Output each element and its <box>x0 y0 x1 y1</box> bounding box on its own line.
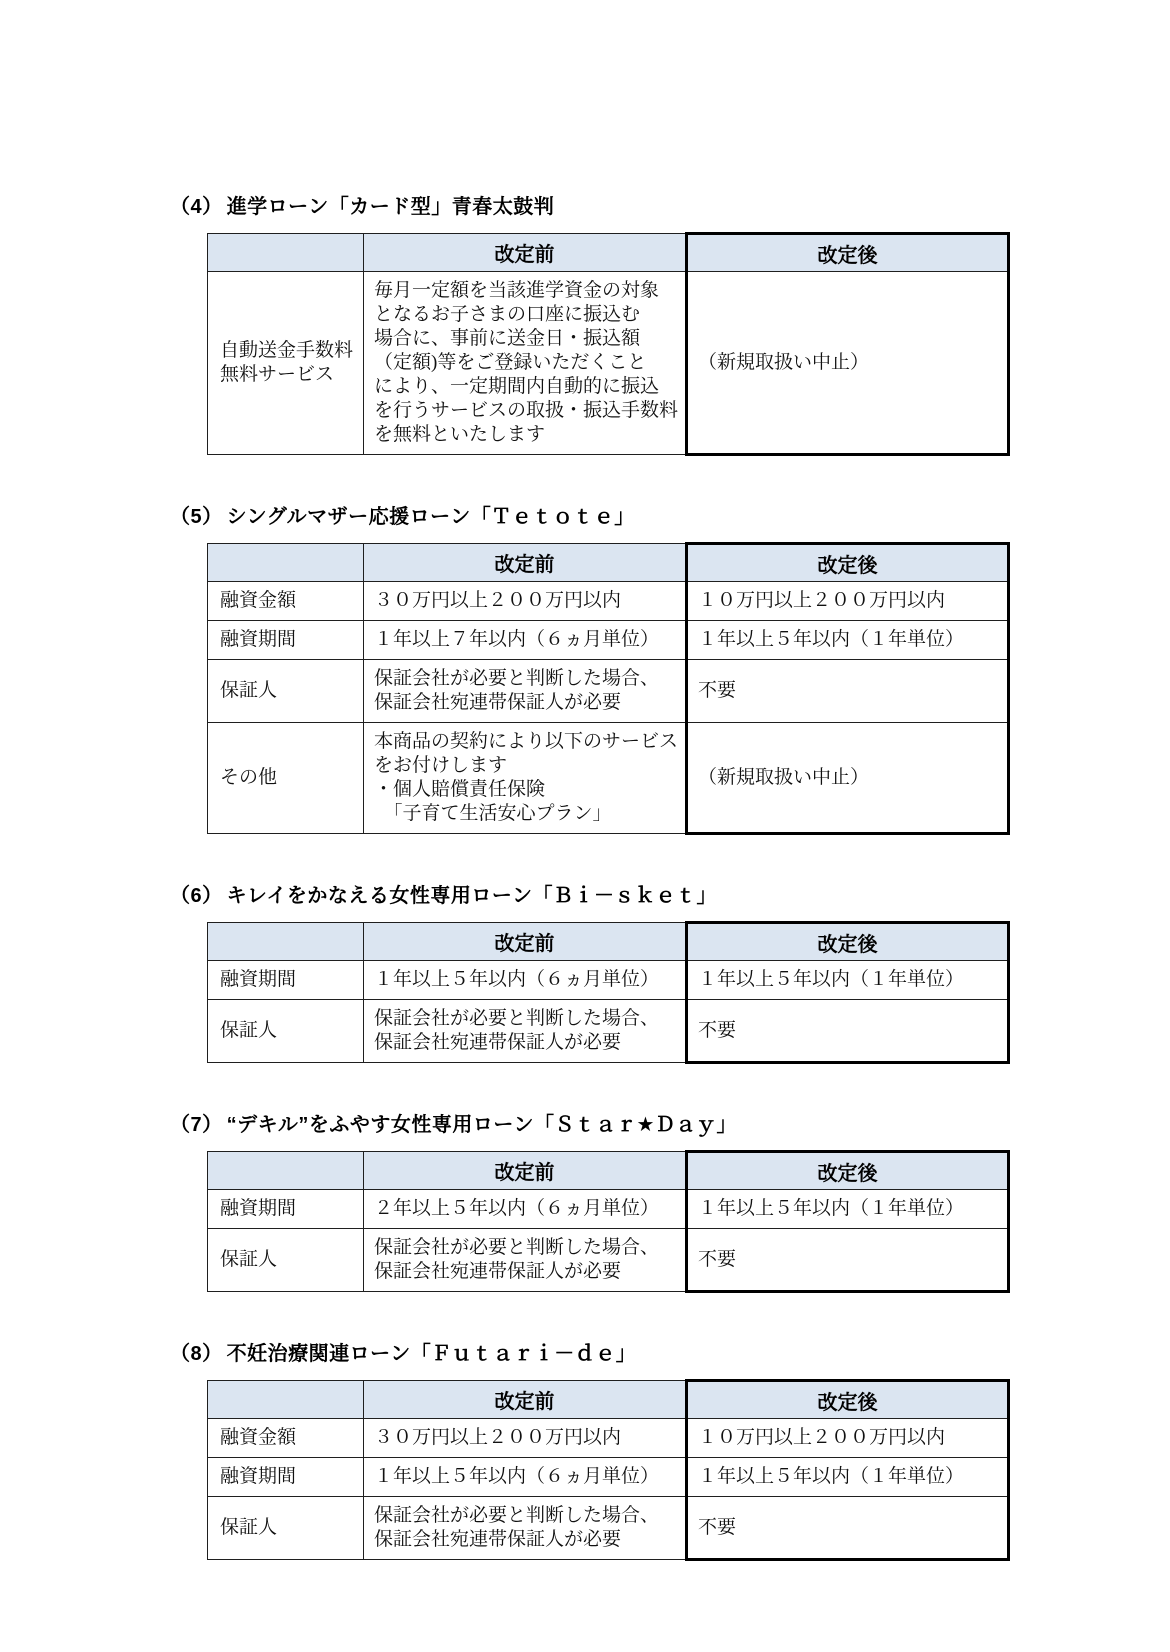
revision-table: 改定前 改定後 融資期間 １年以上５年以内（６ヵ月単位） １年以上５年以内（１年… <box>207 921 1010 1064</box>
section-label: シングルマザー応援ローン「Ｔｅｔｏｔｅ」 <box>227 506 635 528</box>
before-cell: 保証会社が必要と判断した場合、 保証会社宛連帯保証人が必要 <box>364 1229 687 1292</box>
before-cell: 保証会社が必要と判断した場合、 保証会社宛連帯保証人が必要 <box>364 660 687 723</box>
header-item-cell <box>208 1152 364 1190</box>
section-title: （4）進学ローン「カード型」青春太鼓判 <box>170 190 1170 219</box>
table-header-row: 改定前 改定後 <box>208 544 1009 582</box>
after-cell: １年以上５年以内（１年単位） <box>687 1190 1009 1229</box>
before-cell: ３０万円以上２００万円以内 <box>364 582 687 621</box>
row-label-cell: 融資金額 <box>208 582 364 621</box>
table-row: 保証人 保証会社が必要と判断した場合、 保証会社宛連帯保証人が必要 不要 <box>208 1497 1009 1560</box>
row-label-cell: 融資期間 <box>208 1190 364 1229</box>
section-number: （5） <box>170 506 223 528</box>
loan-section: （6）キレイをかなえる女性専用ローン「Ｂｉ－ｓｋｅｔ」 改定前 改定後 融資期間… <box>170 879 1170 1064</box>
row-label-cell: 保証人 <box>208 1497 364 1560</box>
section-label: キレイをかなえる女性専用ローン「Ｂｉ－ｓｋｅｔ」 <box>227 885 717 907</box>
loan-section: （4）進学ローン「カード型」青春太鼓判 改定前 改定後 自動送金手数料 無料サー… <box>170 190 1170 456</box>
before-cell: 保証会社が必要と判断した場合、 保証会社宛連帯保証人が必要 <box>364 1497 687 1560</box>
section-number: （6） <box>170 885 223 907</box>
section-title: （6）キレイをかなえる女性専用ローン「Ｂｉ－ｓｋｅｔ」 <box>170 879 1170 908</box>
after-cell: １年以上５年以内（１年単位） <box>687 621 1009 660</box>
header-item-cell <box>208 1381 364 1419</box>
revision-table: 改定前 改定後 自動送金手数料 無料サービス 毎月一定額を当該進学資金の対象 と… <box>207 232 1010 456</box>
after-cell: １０万円以上２００万円以内 <box>687 1419 1009 1458</box>
before-cell: １年以上７年以内（６ヵ月単位） <box>364 621 687 660</box>
header-before-cell: 改定前 <box>364 544 687 582</box>
after-cell: （新規取扱い中止） <box>687 272 1009 455</box>
header-before-cell: 改定前 <box>364 1381 687 1419</box>
before-cell: １年以上５年以内（６ヵ月単位） <box>364 1458 687 1497</box>
header-after-cell: 改定後 <box>687 544 1009 582</box>
row-label-cell: 融資期間 <box>208 1458 364 1497</box>
table-row: 自動送金手数料 無料サービス 毎月一定額を当該進学資金の対象 となるお子さまの口… <box>208 272 1009 455</box>
table-row: 融資期間 １年以上５年以内（６ヵ月単位） １年以上５年以内（１年単位） <box>208 1458 1009 1497</box>
table-row: 保証人 保証会社が必要と判断した場合、 保証会社宛連帯保証人が必要 不要 <box>208 660 1009 723</box>
table-header-row: 改定前 改定後 <box>208 1152 1009 1190</box>
section-label: 進学ローン「カード型」青春太鼓判 <box>227 196 555 218</box>
header-before-cell: 改定前 <box>364 923 687 961</box>
row-label-cell: 融資金額 <box>208 1419 364 1458</box>
header-after-cell: 改定後 <box>687 1381 1009 1419</box>
table-body: 自動送金手数料 無料サービス 毎月一定額を当該進学資金の対象 となるお子さまの口… <box>208 272 1009 455</box>
document-page: （4）進学ローン「カード型」青春太鼓判 改定前 改定後 自動送金手数料 無料サー… <box>0 0 1170 1652</box>
header-item-cell <box>208 544 364 582</box>
header-item-cell <box>208 923 364 961</box>
table-row: 融資金額 ３０万円以上２００万円以内 １０万円以上２００万円以内 <box>208 582 1009 621</box>
row-label-cell: 融資期間 <box>208 961 364 1000</box>
header-before-cell: 改定前 <box>364 1152 687 1190</box>
after-cell: 不要 <box>687 1497 1009 1560</box>
table-row: 保証人 保証会社が必要と判断した場合、 保証会社宛連帯保証人が必要 不要 <box>208 1229 1009 1292</box>
section-title: （5）シングルマザー応援ローン「Ｔｅｔｏｔｅ」 <box>170 500 1170 529</box>
header-before-cell: 改定前 <box>364 234 687 272</box>
header-item-cell <box>208 234 364 272</box>
table-row: 融資期間 ２年以上５年以内（６ヵ月単位） １年以上５年以内（１年単位） <box>208 1190 1009 1229</box>
section-number: （8） <box>170 1343 223 1365</box>
row-label-cell: 保証人 <box>208 1000 364 1063</box>
before-cell: 毎月一定額を当該進学資金の対象 となるお子さまの口座に振込む 場合に、事前に送金… <box>364 272 687 455</box>
table-header-row: 改定前 改定後 <box>208 1381 1009 1419</box>
sections-container: （4）進学ローン「カード型」青春太鼓判 改定前 改定後 自動送金手数料 無料サー… <box>170 190 1170 1561</box>
header-after-cell: 改定後 <box>687 234 1009 272</box>
row-label-cell: 保証人 <box>208 660 364 723</box>
after-cell: １年以上５年以内（１年単位） <box>687 961 1009 1000</box>
section-label: “デキル”をふやす女性専用ローン「Ｓｔａｒ★Ｄａｙ」 <box>227 1114 737 1136</box>
section-number: （7） <box>170 1114 223 1136</box>
before-cell: ２年以上５年以内（６ヵ月単位） <box>364 1190 687 1229</box>
loan-section: （7）“デキル”をふやす女性専用ローン「Ｓｔａｒ★Ｄａｙ」 改定前 改定後 融資… <box>170 1108 1170 1293</box>
loan-section: （5）シングルマザー応援ローン「Ｔｅｔｏｔｅ」 改定前 改定後 融資金額 ３０万… <box>170 500 1170 835</box>
after-cell: １年以上５年以内（１年単位） <box>687 1458 1009 1497</box>
table-body: 融資金額 ３０万円以上２００万円以内 １０万円以上２００万円以内 融資期間 １年… <box>208 1419 1009 1560</box>
table-body: 融資金額 ３０万円以上２００万円以内 １０万円以上２００万円以内 融資期間 １年… <box>208 582 1009 834</box>
before-cell: 本商品の契約により以下のサービス をお付けします ・個人賠償責任保険 「子育て生… <box>364 723 687 834</box>
before-cell: 保証会社が必要と判断した場合、 保証会社宛連帯保証人が必要 <box>364 1000 687 1063</box>
table-row: 融資金額 ３０万円以上２００万円以内 １０万円以上２００万円以内 <box>208 1419 1009 1458</box>
table-header-row: 改定前 改定後 <box>208 923 1009 961</box>
table-row: 保証人 保証会社が必要と判断した場合、 保証会社宛連帯保証人が必要 不要 <box>208 1000 1009 1063</box>
table-row: その他 本商品の契約により以下のサービス をお付けします ・個人賠償責任保険 「… <box>208 723 1009 834</box>
row-label-cell: 保証人 <box>208 1229 364 1292</box>
revision-table: 改定前 改定後 融資金額 ３０万円以上２００万円以内 １０万円以上２００万円以内… <box>207 1379 1010 1561</box>
table-header-row: 改定前 改定後 <box>208 234 1009 272</box>
row-label-cell: 融資期間 <box>208 621 364 660</box>
before-cell: ３０万円以上２００万円以内 <box>364 1419 687 1458</box>
revision-table: 改定前 改定後 融資金額 ３０万円以上２００万円以内 １０万円以上２００万円以内… <box>207 542 1010 835</box>
after-cell: １０万円以上２００万円以内 <box>687 582 1009 621</box>
revision-table: 改定前 改定後 融資期間 ２年以上５年以内（６ヵ月単位） １年以上５年以内（１年… <box>207 1150 1010 1293</box>
table-row: 融資期間 １年以上７年以内（６ヵ月単位） １年以上５年以内（１年単位） <box>208 621 1009 660</box>
after-cell: 不要 <box>687 660 1009 723</box>
section-title: （7）“デキル”をふやす女性専用ローン「Ｓｔａｒ★Ｄａｙ」 <box>170 1108 1170 1137</box>
section-title: （8）不妊治療関連ローン「Ｆｕｔａｒｉ－ｄｅ」 <box>170 1337 1170 1366</box>
after-cell: 不要 <box>687 1229 1009 1292</box>
table-body: 融資期間 １年以上５年以内（６ヵ月単位） １年以上５年以内（１年単位） 保証人 … <box>208 961 1009 1063</box>
table-row: 融資期間 １年以上５年以内（６ヵ月単位） １年以上５年以内（１年単位） <box>208 961 1009 1000</box>
section-label: 不妊治療関連ローン「Ｆｕｔａｒｉ－ｄｅ」 <box>227 1343 637 1365</box>
after-cell: 不要 <box>687 1000 1009 1063</box>
section-number: （4） <box>170 196 223 218</box>
header-after-cell: 改定後 <box>687 1152 1009 1190</box>
row-label-cell: 自動送金手数料 無料サービス <box>208 272 364 455</box>
before-cell: １年以上５年以内（６ヵ月単位） <box>364 961 687 1000</box>
loan-section: （8）不妊治療関連ローン「Ｆｕｔａｒｉ－ｄｅ」 改定前 改定後 融資金額 ３０万… <box>170 1337 1170 1561</box>
header-after-cell: 改定後 <box>687 923 1009 961</box>
table-body: 融資期間 ２年以上５年以内（６ヵ月単位） １年以上５年以内（１年単位） 保証人 … <box>208 1190 1009 1292</box>
row-label-cell: その他 <box>208 723 364 834</box>
after-cell: （新規取扱い中止） <box>687 723 1009 834</box>
